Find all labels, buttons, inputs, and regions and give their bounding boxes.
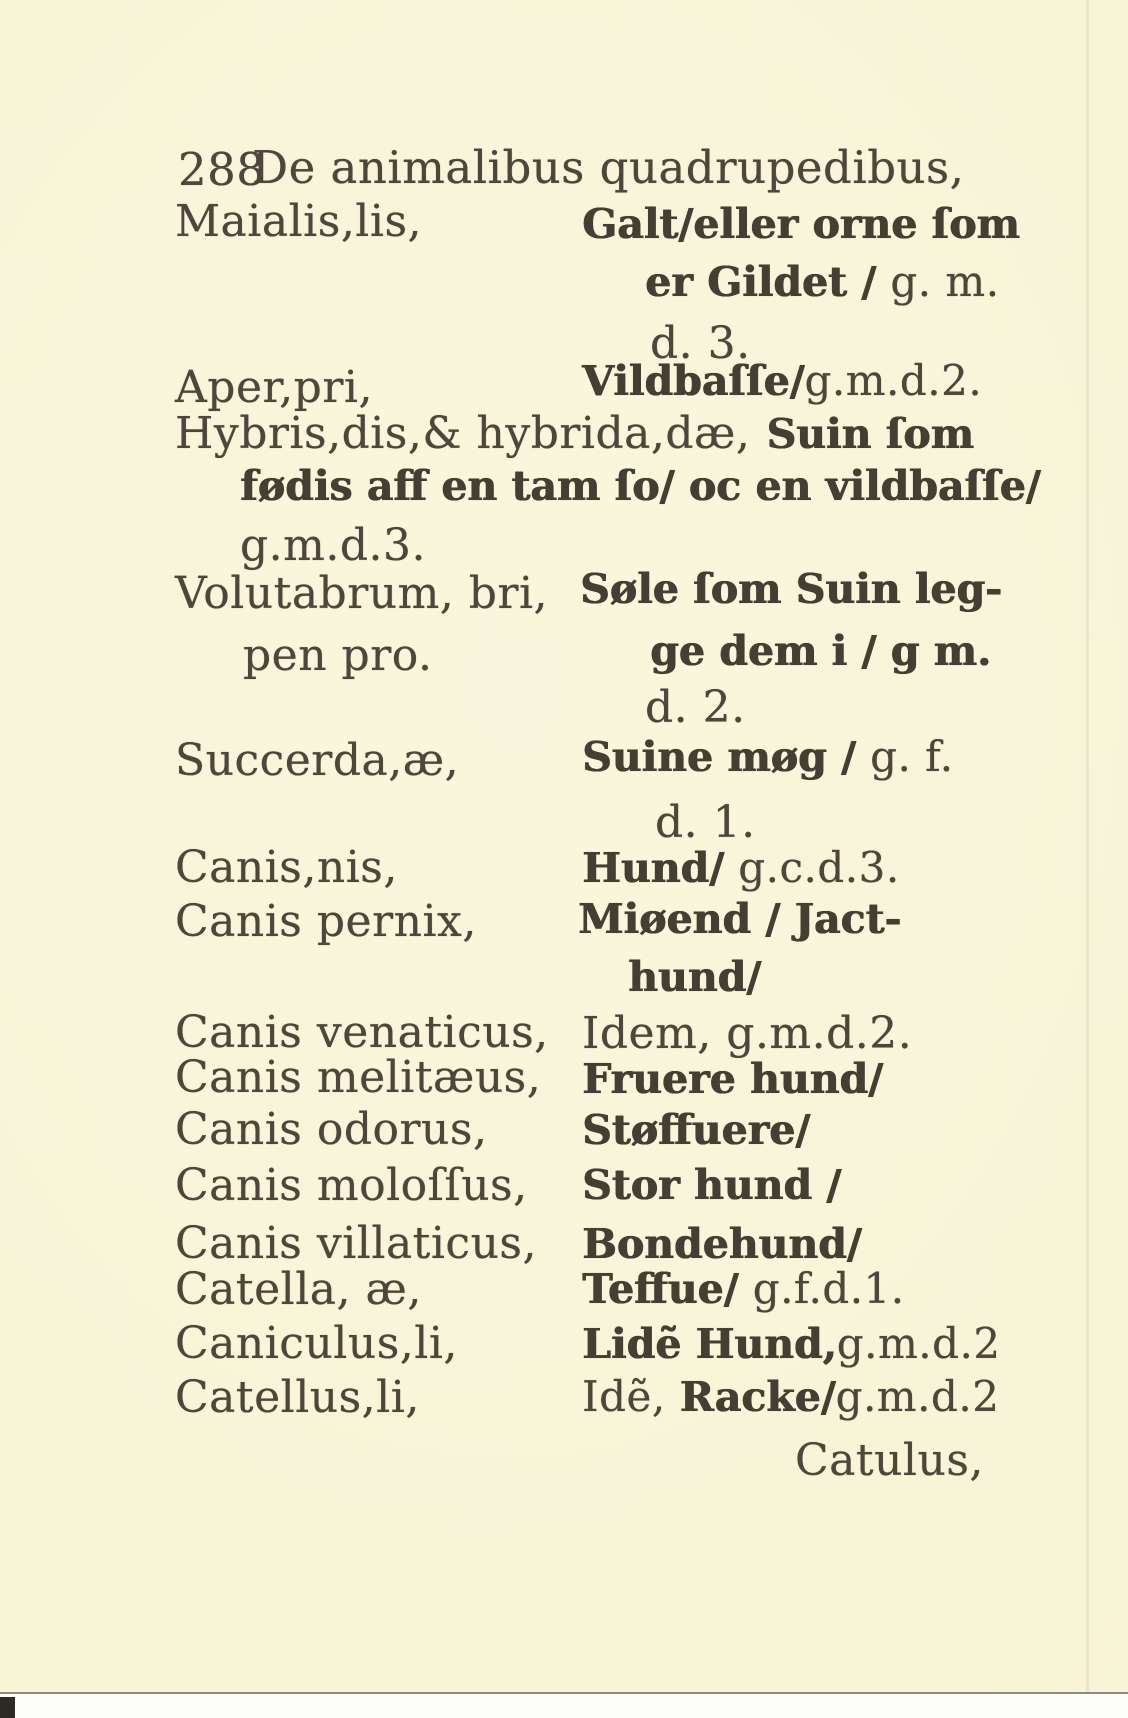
danish-gloss-catellus-gender: g.m.d.2: [836, 1372, 1000, 1421]
danish-gloss-canis-pernix-line2: hund/: [628, 953, 761, 1001]
danish-gloss-hybris-line2: fødis aff en tam ſo/ oc en vildbaſſe/: [240, 462, 1041, 510]
catchword: Catulus,: [795, 1435, 984, 1486]
danish-gloss-succerda-line2: d. 1.: [655, 797, 756, 848]
danish-gloss-catella-blackletter: Teffue/: [582, 1265, 753, 1313]
latin-term-canis-venaticus: Canis venaticus,: [175, 1007, 549, 1058]
danish-gloss-succerda-gender: g. f.: [870, 732, 954, 781]
latin-term-aper: Aper,pri,: [175, 362, 373, 413]
danish-gloss-catellus-blackletter: Racke/: [680, 1373, 836, 1421]
latin-term-volutabrum: Volutabrum, bri,: [175, 568, 548, 619]
danish-gloss-maialis-line2-blackletter: er Gildet /: [645, 258, 890, 306]
latin-term-canis: Canis,nis,: [175, 842, 398, 893]
danish-gloss-canis-venaticus: Idem, g.m.d.2.: [582, 1008, 912, 1059]
scan-corner-mark: [0, 1697, 15, 1718]
latin-term-succerda: Succerda,æ,: [175, 735, 459, 786]
latin-term-caniculus: Caniculus,li,: [175, 1318, 458, 1369]
latin-term-canis-villaticus: Canis villaticus,: [175, 1218, 537, 1269]
running-title: De animalibus quadrupedibus,: [252, 141, 964, 194]
scan-bottom-strip: [0, 1692, 1128, 1718]
danish-gloss-canis: Hund/ g.c.d.3.: [582, 843, 900, 892]
danish-gloss-aper-gender: g.m.d.2.: [804, 356, 982, 405]
danish-gloss-canis-odorus: Støffuere/: [582, 1106, 810, 1154]
danish-gloss-caniculus-gender: g.m.d.2: [837, 1319, 1001, 1368]
danish-gloss-maialis-line2: er Gildet / g. m.: [645, 257, 1000, 306]
latin-term-canis-melitaeus: Canis melitæus,: [175, 1052, 541, 1103]
latin-term-canis-molossus: Canis moloſſus,: [175, 1160, 528, 1211]
entry-hybris-line1: Hybris,dis,& hybrida,dæ,Suin ſom: [175, 408, 974, 459]
scanned-page: 288 De animalibus quadrupedibus, Maialis…: [0, 0, 1128, 1718]
danish-gloss-canis-gender: g.c.d.3.: [738, 843, 899, 892]
latin-term-hybris: Hybris,dis,& hybrida,dæ,: [175, 408, 750, 459]
danish-gloss-volutabrum-line3: d. 2.: [645, 682, 746, 733]
latin-term-volutabrum-note: pen pro.: [243, 630, 432, 681]
danish-gloss-caniculus: Lidẽ Hund,g.m.d.2: [582, 1319, 1001, 1368]
danish-gloss-hybris-line1: Suin ſom: [766, 410, 973, 458]
danish-gloss-aper-blackletter: Vildbaſſe/: [582, 357, 804, 405]
latin-term-canis-pernix: Canis pernix,: [175, 896, 477, 947]
danish-gloss-canis-melitaeus: Fruere hund/: [582, 1055, 883, 1103]
page-edge-crease: [1086, 0, 1089, 1694]
danish-gloss-catella: Teffue/ g.f.d.1.: [582, 1264, 905, 1313]
danish-gloss-maialis-line1: Galt/eller orne ſom: [582, 200, 1020, 248]
danish-gloss-canis-molossus: Stor hund /: [582, 1161, 841, 1209]
danish-gloss-caniculus-blackletter: Lidẽ Hund,: [582, 1320, 837, 1368]
danish-gloss-succerda-blackletter: Suine møg /: [582, 733, 870, 781]
danish-gloss-hybris-line3: g.m.d.3.: [240, 520, 426, 571]
latin-term-canis-odorus: Canis odorus,: [175, 1104, 487, 1155]
latin-term-catella: Catella, æ,: [175, 1264, 422, 1315]
danish-gloss-canis-blackletter: Hund/: [582, 844, 738, 892]
danish-gloss-maialis-line2-gender: g. m.: [890, 257, 999, 306]
danish-gloss-volutabrum-line1: Søle ſom Suin leg-: [580, 565, 1002, 613]
danish-gloss-canis-villaticus: Bondehund/: [582, 1220, 862, 1268]
latin-term-catellus: Catellus,li,: [175, 1372, 420, 1423]
danish-gloss-catella-gender: g.f.d.1.: [753, 1264, 905, 1313]
danish-gloss-succerda-line1: Suine møg / g. f.: [582, 732, 954, 781]
danish-gloss-catellus-idem: Idẽ,: [582, 1372, 680, 1421]
latin-term-maialis: Maialis,lis,: [175, 196, 422, 247]
danish-gloss-aper: Vildbaſſe/g.m.d.2.: [582, 356, 982, 405]
danish-gloss-catellus: Idẽ, Racke/g.m.d.2: [582, 1372, 999, 1421]
danish-gloss-volutabrum-line2: ge dem i / g m.: [650, 627, 991, 675]
danish-gloss-canis-pernix-line1: Miøend / Jact-: [578, 895, 901, 943]
